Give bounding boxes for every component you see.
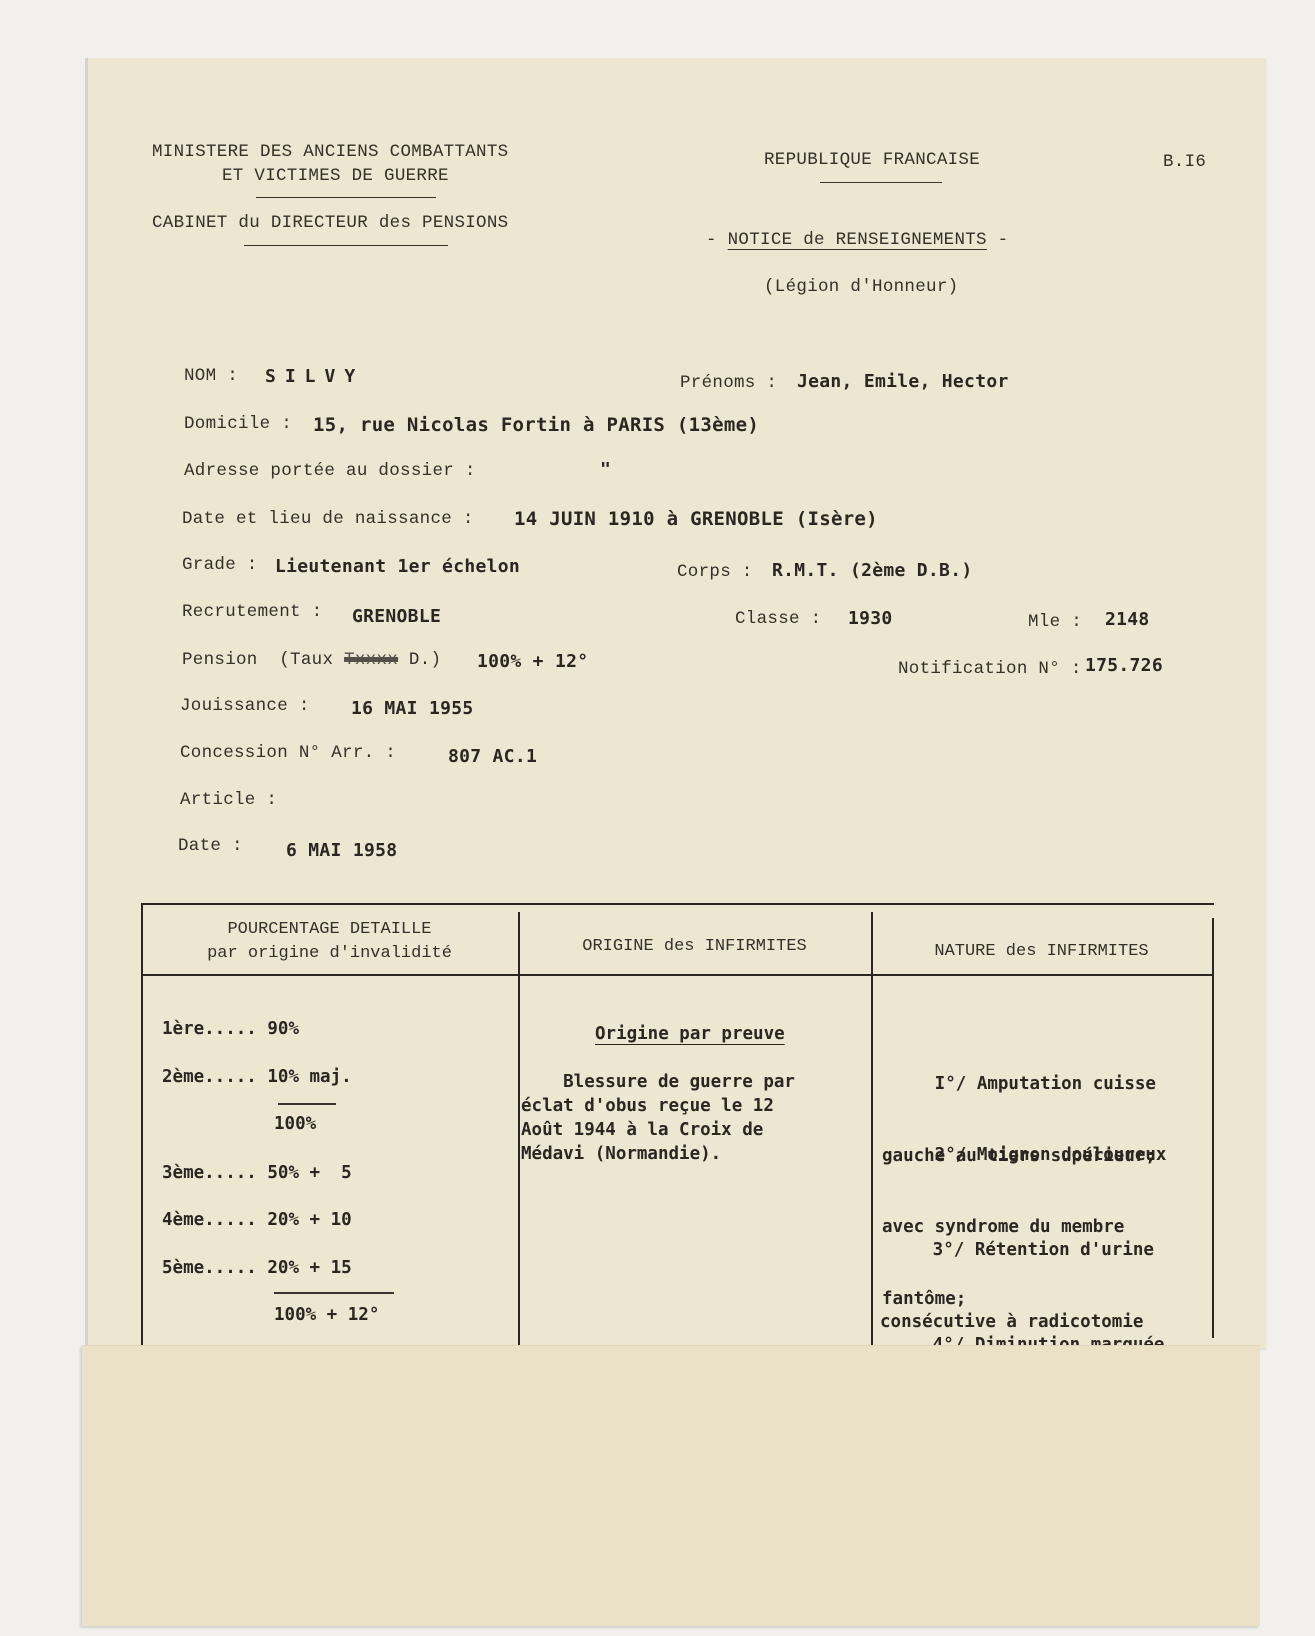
pourcentage-rang: 2ème..... (162, 1067, 257, 1087)
classe-label: Classe : (735, 609, 821, 629)
ministry-line-2: ET VICTIMES DE GUERRE (222, 166, 449, 186)
pourcentage-row: 3ème..... 50% + 5 (162, 1161, 352, 1185)
corps-label: Corps : (677, 562, 753, 582)
notice-suffix: - (987, 230, 1009, 250)
origine-line: éclat d'obus reçue le 12 (521, 1094, 774, 1118)
naissance-label: Date et lieu de naissance : (182, 509, 474, 529)
nature-line: I°/ Amputation cuisse (882, 1072, 1156, 1096)
pension-taux-open: (Taux (279, 650, 333, 670)
jouissance-value: 16 MAI 1955 (351, 698, 474, 719)
notification-label: Notification N° : (898, 659, 1082, 679)
notification-value: 175.726 (1085, 655, 1163, 676)
pourcentage-row: 2ème..... 10% maj. (162, 1065, 352, 1089)
domicile-label: Domicile : (184, 414, 292, 434)
form-code: B.I6 (1163, 152, 1206, 172)
pourcentage-taux: 20% + 10 (267, 1210, 351, 1230)
nature-line: 3°/ Rétention d'urine (880, 1238, 1154, 1262)
jouissance-label: Jouissance : (180, 696, 310, 716)
origine-line: Médavi (Normandie). (521, 1142, 721, 1166)
republic-title: REPUBLIQUE FRANCAISE (764, 150, 980, 170)
table-header-bottom (141, 974, 1214, 976)
origine-heading: Origine par preuve (595, 1022, 785, 1046)
subtotal-rule (278, 1103, 336, 1105)
republic-divider (820, 182, 942, 183)
column-header-pourcentage: POURCENTAGE DETAILLE par origine d'inval… (141, 918, 518, 966)
concession-value: 807 AC.1 (448, 746, 537, 767)
table-left-border (141, 903, 143, 1345)
recrutement-label: Recrutement : (182, 602, 322, 622)
pension-taux-struck: Txxxx (344, 650, 398, 670)
pension-label-text: Pension (182, 650, 258, 670)
ministry-divider (256, 197, 436, 198)
pourcentage-rang: 5ème..... (162, 1258, 257, 1278)
grade-label: Grade : (182, 555, 258, 575)
pension-taux-close: D.) (409, 650, 441, 670)
table-divider-2 (871, 912, 873, 1382)
concession-label: Concession N° Arr. : (180, 743, 396, 763)
pourcentage-taux: 90% (267, 1019, 299, 1039)
notice-prefix: - (706, 230, 728, 250)
article-label: Article : (180, 790, 277, 810)
recrutement-value: GRENOBLE (352, 606, 441, 627)
adresse-label: Adresse portée au dossier : (184, 461, 476, 481)
column-header-nature-line1: NATURE des INFIRMITES (871, 940, 1212, 964)
pension-value: 100% + 12° (477, 651, 588, 672)
table-divider-1 (518, 912, 520, 1357)
total-rule (274, 1292, 394, 1294)
column-header-pourcentage-line1: POURCENTAGE DETAILLE (141, 918, 518, 942)
notice-title: - NOTICE de RENSEIGNEMENTS - (706, 230, 1008, 250)
cabinet-title: CABINET du DIRECTEUR des PENSIONS (152, 213, 508, 233)
pension-label: Pension (Taux Txxxx D.) (182, 650, 441, 670)
pourcentage-subtotal: 100% (274, 1112, 316, 1136)
nature-line: 2°/ Moignon douloureux (882, 1143, 1166, 1167)
column-header-pourcentage-line2: par origine d'invalidité (141, 942, 518, 966)
nom-value: SILVY (265, 366, 364, 387)
column-header-origine-line1: ORIGINE des INFIRMITES (518, 935, 871, 959)
origine-line: Août 1944 à la Croix de (521, 1118, 763, 1142)
nom-label: NOM : (184, 366, 238, 386)
pourcentage-taux: 50% + 5 (267, 1163, 351, 1183)
domicile-value: 15, rue Nicolas Fortin à PARIS (13ème) (313, 414, 759, 436)
corps-value: R.M.T. (2ème D.B.) (772, 560, 972, 581)
table-top-border (141, 903, 1214, 905)
pourcentage-total: 100% + 12° (274, 1303, 379, 1327)
pourcentage-taux: 20% + 15 (267, 1258, 351, 1278)
naissance-value: 14 JUIN 1910 à GRENOBLE (Isère) (514, 508, 878, 530)
pourcentage-rang: 3ème..... (162, 1163, 257, 1183)
cabinet-divider (244, 245, 448, 246)
pourcentage-row: 1ère..... 90% (162, 1017, 299, 1041)
prenoms-label: Prénoms : (680, 373, 777, 393)
pourcentage-taux: 10% maj. (267, 1067, 351, 1087)
prenoms-value: Jean, Emile, Hector (797, 371, 1009, 392)
date-value: 6 MAI 1958 (286, 840, 397, 861)
column-header-origine: ORIGINE des INFIRMITES (518, 935, 871, 959)
mle-label: Mle : (1028, 612, 1082, 632)
ministry-line-1: MINISTERE DES ANCIENS COMBATTANTS (152, 142, 508, 162)
adresse-value: " (600, 459, 611, 480)
column-header-nature: NATURE des INFIRMITES (871, 940, 1212, 964)
pourcentage-row: 5ème..... 20% + 15 (162, 1256, 352, 1280)
date-label: Date : (178, 836, 243, 856)
notice-subtitle: (Légion d'Honneur) (764, 277, 958, 297)
mle-value: 2148 (1105, 609, 1150, 630)
pourcentage-rang: 1ère..... (162, 1019, 257, 1039)
folded-paper-flap (82, 1345, 1260, 1626)
table-right-border (1212, 918, 1214, 1338)
origine-line: Blessure de guerre par (521, 1070, 795, 1094)
grade-value: Lieutenant 1er échelon (275, 556, 520, 577)
classe-value: 1930 (848, 608, 893, 629)
notice-title-text: NOTICE de RENSEIGNEMENTS (728, 230, 987, 250)
pourcentage-rang: 4ème..... (162, 1210, 257, 1230)
pourcentage-row: 4ème..... 20% + 10 (162, 1208, 352, 1232)
